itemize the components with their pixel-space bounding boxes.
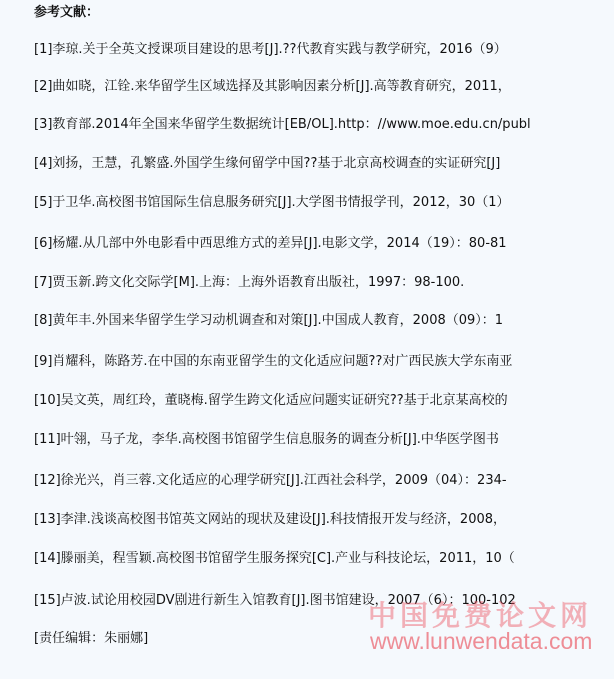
reference-item-1: [1]李琼.关于全英文授课项目建设的思考[J].??代教育实践与教学研究，201… <box>34 41 507 59</box>
reference-item-8: [8]黄年丰.外国来华留学生学习动机调查和对策[J].中国成人教育，2008（0… <box>34 312 503 330</box>
watermark-url: www.lunwendata.com <box>370 628 592 655</box>
responsible-editor: [责任编辑：朱丽娜] <box>34 630 148 648</box>
reference-item-2: [2]曲如晓，江铨.来华留学生区域选择及其影响因素分析[J].高等教育研究，20… <box>34 78 511 96</box>
reference-item-14: [14]滕丽美，程雪颖.高校图书馆留学生服务探究[C].产业与科技论坛，2011… <box>34 550 515 568</box>
reference-item-13: [13]李津.浅谈高校图书馆英文网站的现状及建设[J].科技情报开发与经济，20… <box>34 511 506 529</box>
references-heading: 参考文献： <box>34 4 99 22</box>
reference-item-9: [9]肖耀科，陈路芳.在中国的东南亚留学生的文化适应问题??对广西民族大学东南亚 <box>34 353 512 371</box>
reference-item-4: [4]刘扬，王慧，孔繁盛.外国学生缘何留学中国??基于北京高校调查的实证研究[J… <box>34 155 500 173</box>
reference-item-11: [11]叶翎，马子龙，李华.高校图书馆留学生信息服务的调查分析[J].中华医学图… <box>34 431 499 449</box>
reference-item-7: [7]贾玉新.跨文化交际学[M].上海：上海外语教育出版社，1997：98-10… <box>34 274 464 292</box>
reference-item-12: [12]徐光兴，肖三蓉.文化适应的心理学研究[J].江西社会科学，2009（04… <box>34 472 507 490</box>
reference-item-3: [3]教育部.2014年全国来华留学生数据统计[EB/OL].http：//ww… <box>34 116 531 134</box>
reference-item-5: [5]于卫华.高校图书馆国际生信息服务研究[J].大学图书情报学刊，2012，3… <box>34 194 510 212</box>
reference-item-15: [15]卢波.试论用校园DV剧进行新生入馆教育[J].图书馆建设，2007（6）… <box>34 592 516 610</box>
reference-item-6: [6]杨耀.从几部中外电影看中西思维方式的差异[J].电影文学，2014（19）… <box>34 235 507 253</box>
reference-item-10: [10]吴文英，周红玲，董晓梅.留学生跨文化适应问题实证研究??基于北京某高校的 <box>34 392 508 410</box>
